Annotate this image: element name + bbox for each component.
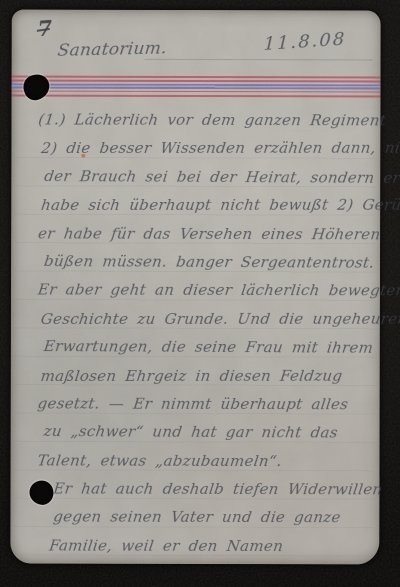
page-number: 7 xyxy=(37,15,59,41)
handwritten-line: gegen seinen Vater und die ganze xyxy=(52,503,383,532)
handwritten-line: 2) die besser Wissenden erzählen dann, n… xyxy=(40,134,371,163)
handwritten-line: Familie, weil er den Namen xyxy=(48,531,379,560)
handwritten-line: Geschichte zu Grunde. Und die ungeheuren xyxy=(39,305,370,334)
band-red-line xyxy=(11,95,380,98)
handwritten-line: gesetzt. — Er nimmt überhaupt alles xyxy=(36,389,367,418)
scan-image: { "document": { "page_number": "7", "hea… xyxy=(0,0,400,587)
handwritten-line: Talent, etwas „abzubaumeln“. xyxy=(36,446,367,475)
handwritten-line: zu „schwer“ und hat gar nicht das xyxy=(42,417,373,447)
handwritten-line: büßen müssen. banger Sergeantentrost. xyxy=(42,247,373,277)
handwritten-line: Er hat auch deshalb tiefen Widerwillen xyxy=(52,475,383,504)
handwritten-line: Er aber geht an dieser lächerlich bewegt… xyxy=(36,276,367,305)
handwritten-line: er habe für das Versehen eines Höheren xyxy=(36,219,367,248)
ruled-band xyxy=(11,76,380,98)
header-date: 11.8.08 xyxy=(263,28,346,55)
handwritten-line: der Brauch sei bei der Heirat, sondern e… xyxy=(43,162,374,192)
document-page: 7 Sanatorium. 11.8.08 (1.) Lächerlich vo… xyxy=(10,10,380,565)
handwritten-line: habe sich überhaupt nicht bewußt 2) Gerü… xyxy=(39,191,370,220)
handwritten-line: Erwartungen, die seine Frau mit ihrem xyxy=(42,332,373,362)
handwritten-body: (1.) Lächerlich vor dem ganzen Regiment … xyxy=(37,106,365,561)
header-location: Sanatorium. xyxy=(56,38,168,61)
header-underline xyxy=(145,59,373,61)
handwritten-line: maßlosen Ehrgeiz in diesen Feldzug xyxy=(39,361,370,390)
handwritten-line: (1.) Lächerlich vor dem ganzen Regiment xyxy=(37,106,368,135)
